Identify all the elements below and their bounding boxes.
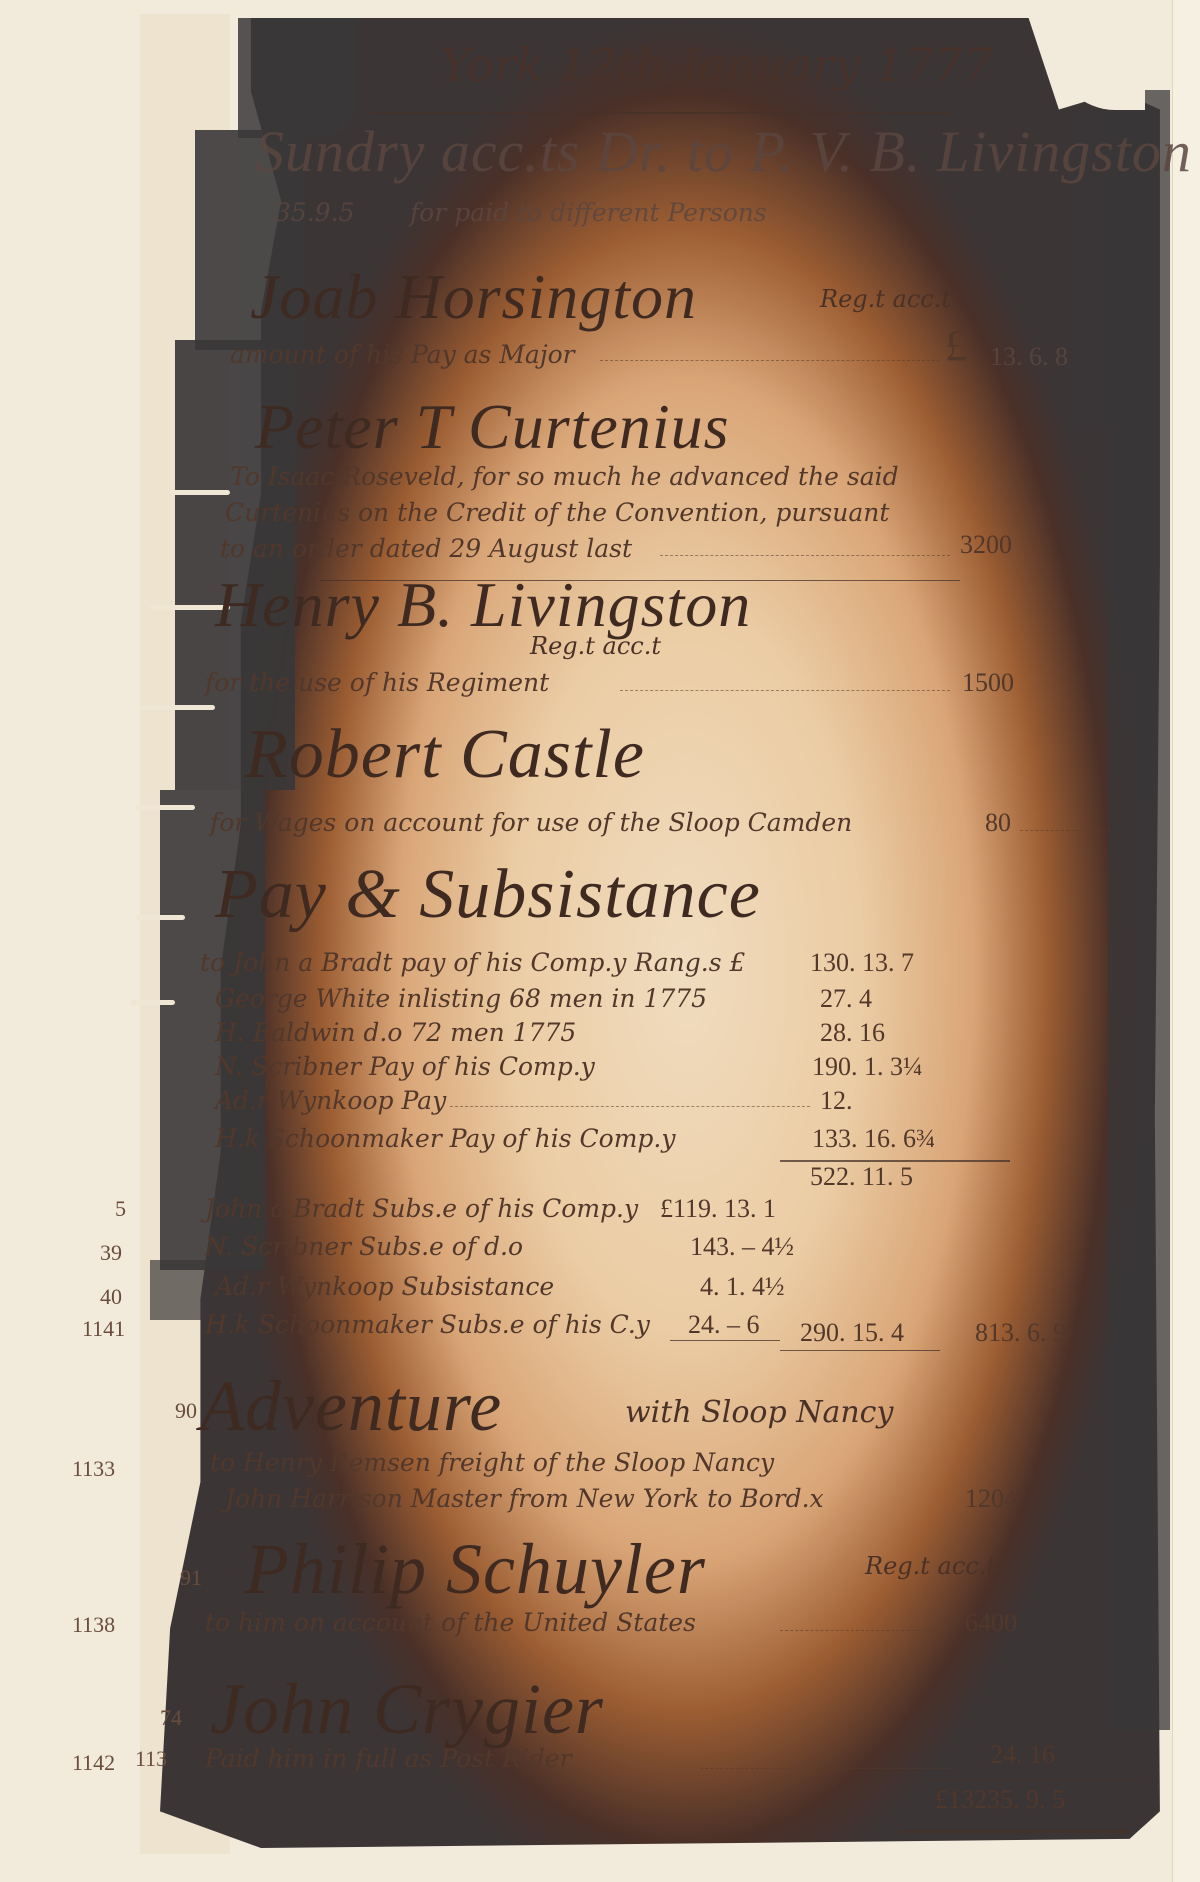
entry-line-text: Paid him in full as Post Rider [205,1744,572,1773]
entry-line-text: to Henry Remsen freight of the Sloop Nan… [210,1448,774,1477]
pay-line-amount: 133. 16. 6¾ [812,1124,936,1154]
entry-amount: 6400 [965,1608,1017,1638]
entry-name-adventure: Adventure [200,1365,502,1448]
pay-line-text: H. Baldwin d.o 72 men 1775 [215,1018,576,1047]
dotted-leader [700,1768,950,1769]
folio-number: 113 [135,1746,167,1772]
entry-line-text: for the use of his Regiment [205,668,549,697]
pay-line-amount: 130. 13. 7 [810,948,914,978]
dotted-leader [600,360,940,361]
entry-line-text: amount of his Pay as Major [230,340,575,369]
entry-amount: 3200 [960,530,1012,560]
subsistence-line-text: John a Bradt Subs.e of his Comp.y [205,1194,638,1223]
subsistence-line-amount: 24. – 6 [688,1310,760,1340]
total-rule [930,1780,1140,1781]
entry-line-text: Curtenius on the Credit of the Conventio… [225,498,889,527]
entry-annotation-livingston: Reg.t acc.t [530,632,661,660]
entry-name-crygier: John Crygier [210,1668,604,1751]
pay-line-text: N. Scribner Pay of his Comp.y [215,1052,595,1081]
pay-line-amount: 28. 16 [820,1018,885,1048]
subtotal-rule [670,1340,780,1341]
pay-subsistance-total: 813. 6. 9 [975,1318,1066,1348]
entry-amount: 13. 6. 8 [990,342,1068,372]
header-rule [370,112,950,114]
subsistence-line-amount: 4. 1. 4½ [700,1272,785,1302]
entry-amount: 24. 16 [990,1740,1055,1770]
entry-name-curtenius: Peter T Curtenius [255,390,730,464]
dotted-leader [780,1630,950,1631]
entry-line-text: To Isaac Roseveld, for so much he advanc… [230,462,899,491]
pay-line-amount: 12. [820,1086,853,1116]
entry-amount: 80 [985,808,1011,838]
entry-line-text: John Harrison Master from New York to Bo… [225,1484,824,1513]
pay-line-text: George White inlisting 68 men in 1775 [215,984,707,1013]
subsistence-line-text: Ad.r Wynkoop Subsistance [215,1272,554,1301]
folio-number: 74 [160,1705,182,1731]
pay-line-amount: 190. 1. 3¼ [812,1052,923,1082]
subsistence-line-text: H.k Schoonmaker Subs.e of his C.y [205,1310,650,1339]
margin-folio: 1138 [72,1612,115,1638]
folio-number: 91 [180,1565,202,1591]
entry-amount: 1204 [965,1484,1017,1514]
entry-annotation-horsington: Reg.t acc.t [820,285,951,313]
total-double-rule [900,1830,1130,1833]
opening-text: for paid to different Persons [410,198,767,227]
dotted-leader [620,690,950,691]
entry-line-text: to an order dated 29 August last [220,534,632,563]
margin-folio: 40 [100,1284,122,1310]
entry-annotation-schuyler: Reg.t acc.t [865,1552,996,1580]
subsistence-line-amount: 143. – 4½ [690,1232,794,1262]
pay-line-text: to John a Bradt pay of his Comp.y Rang.s… [200,948,745,977]
margin-folio: 1142 [72,1750,115,1776]
pay-line-text: Ad.r Wynkoop Pay [215,1086,446,1115]
margin-folio: 1133 [72,1456,115,1482]
dotted-leader [660,555,950,556]
margin-folio: 5 [115,1196,126,1222]
margin-folio: 1141 [82,1316,125,1342]
dotted-leader [450,1106,810,1107]
folio-number: 90 [175,1398,197,1424]
opening-amount: 35.9.5 [275,198,355,227]
subtotal-rule [780,1350,940,1351]
entry-name-horsington: Joab Horsington [250,260,697,334]
mount-board-edge [1172,0,1200,1882]
entry-name-castle: Robert Castle [245,715,645,795]
entry-name-suffix: with Sloop Nancy [625,1395,893,1430]
entry-name-livingston: Henry B. Livingston [215,568,751,642]
entry-name-pay-subsistance: Pay & Subsistance [215,855,761,935]
entry-amount: 1500 [962,668,1014,698]
entry-line-text: for Wages on account for use of the Sloo… [210,808,852,837]
currency-symbol: £ [945,320,967,371]
pay-line-amount: 27. 4 [820,984,872,1014]
pay-subtotal: 522. 11. 5 [810,1162,913,1192]
dash-leader [1020,830,1110,831]
subsistence-subtotal: 290. 15. 4 [800,1318,904,1348]
place-date-header: York 12th January 1777 [440,38,992,92]
margin-folio: 39 [100,1240,122,1266]
subsistence-line-text: N. Scribner Subs.e of d.o [205,1232,523,1261]
entry-line-text: to him on account of the United States [205,1608,696,1637]
account-title: Sundry acc.ts Dr. to P. V. B. Livingston [255,118,1192,185]
entry-name-schuyler: Philip Schuyler [245,1528,706,1611]
subsistence-line-amount: £119. 13. 1 [660,1194,776,1224]
pay-line-text: H.k Schoonmaker Pay of his Comp.y [215,1124,676,1153]
grand-total: £13235. 9. 5 [935,1785,1065,1815]
